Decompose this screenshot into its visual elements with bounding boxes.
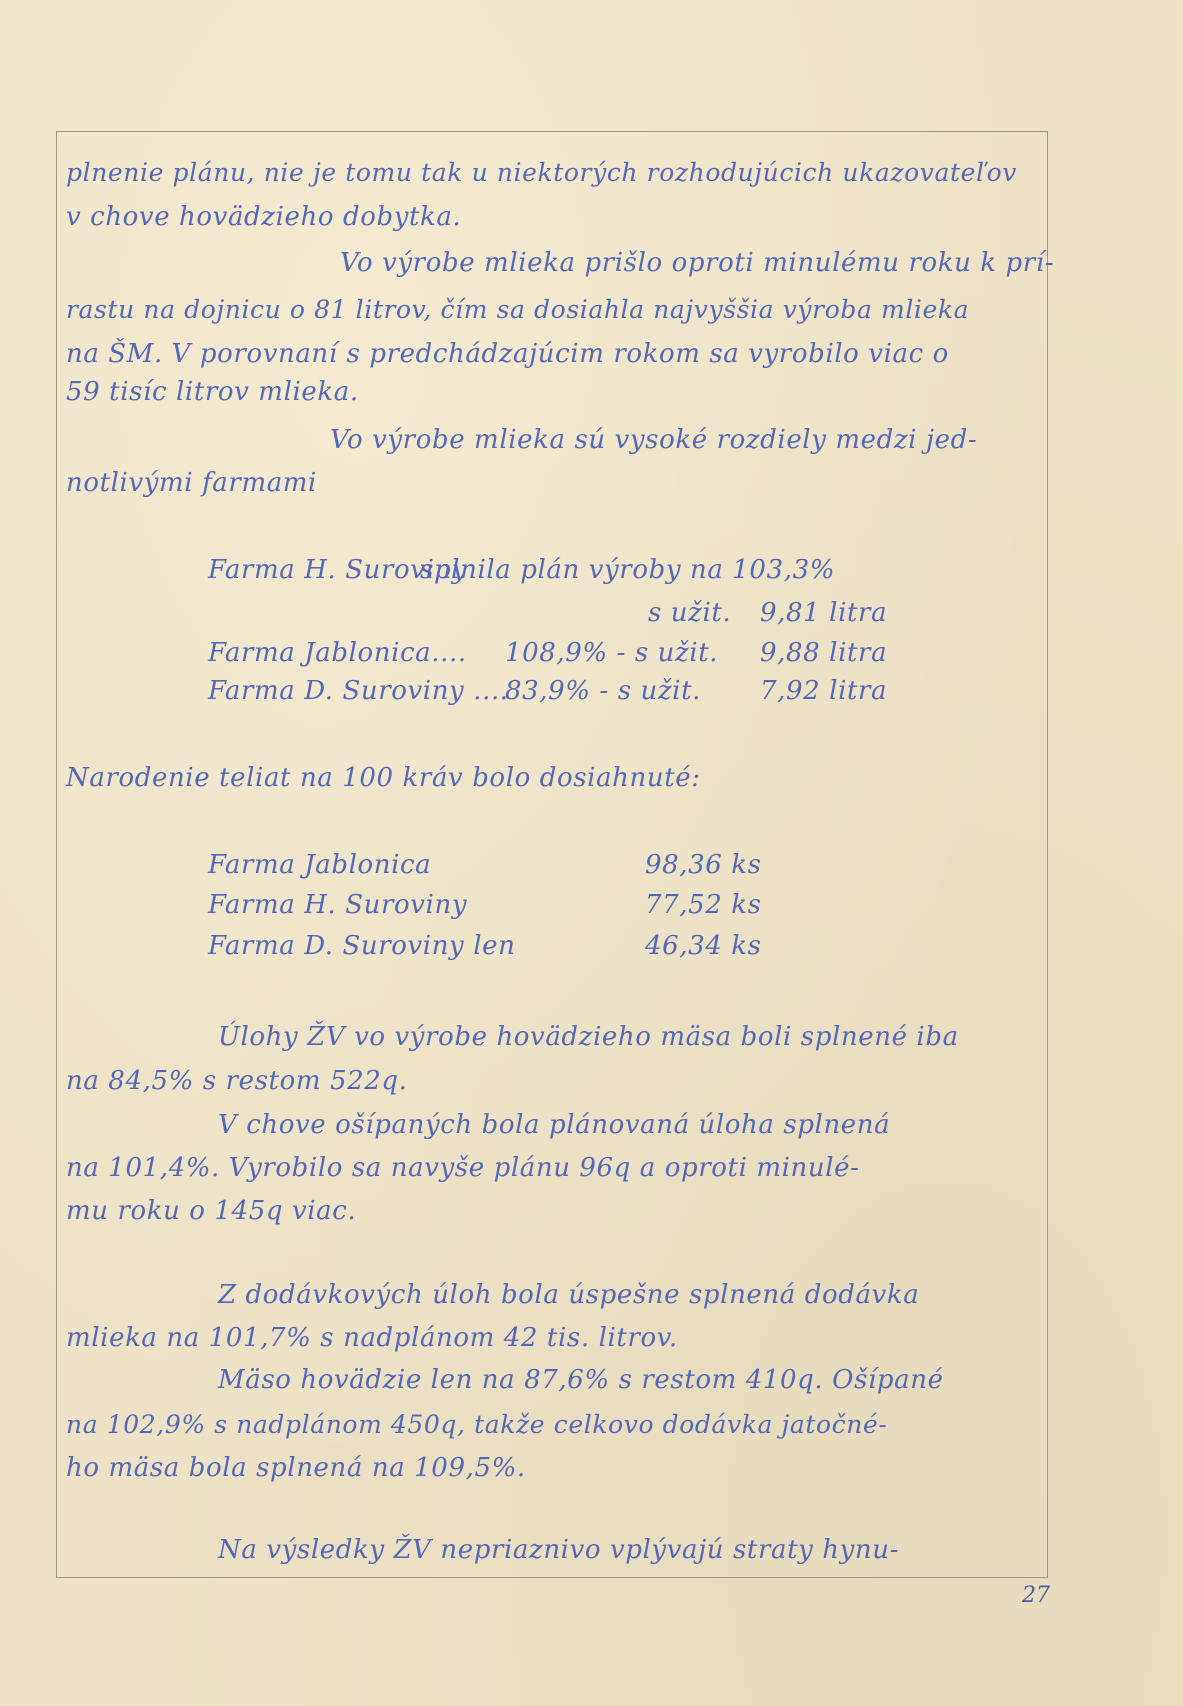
- scanned-page: plnenie plánu, nie je tomu tak u niektor…: [0, 0, 1183, 1706]
- row-percent: 83,9% - s užit.: [505, 678, 701, 704]
- text-line: mu roku o 145q viac.: [66, 1198, 356, 1224]
- text-line: Na výsledky ŽV nepriaznivo vplývajú stra…: [218, 1537, 899, 1563]
- text-line: rastu na dojnicu o 81 litrov, čím sa dos…: [66, 297, 969, 322]
- text-line: ho mäsa bola splnená na 109,5%.: [66, 1455, 526, 1481]
- text-line: na 101,4%. Vyrobilo sa navyše plánu 96q …: [66, 1155, 860, 1181]
- row-value: 9,88 litra: [760, 640, 887, 666]
- text-line: na 84,5% s restom 522q.: [66, 1068, 408, 1094]
- row-sub: s užit.: [648, 600, 731, 626]
- row-percent: 108,9% - s užit.: [505, 640, 718, 666]
- row-value: 46,34 ks: [645, 933, 762, 959]
- text-line: plnenie plánu, nie je tomu tak u niektor…: [66, 160, 1017, 185]
- row-value: 7,92 litra: [760, 678, 887, 704]
- text-line: Narodenie teliat na 100 kráv bolo dosiah…: [66, 765, 701, 791]
- text-line: Vo výrobe mlieka sú vysoké rozdiely medz…: [330, 427, 977, 453]
- text-line: na ŠM. V porovnaní s predchádzajúcim rok…: [66, 341, 949, 367]
- farm-name: Farma D. Suroviny ....: [208, 678, 509, 704]
- page-number: 27: [1022, 1583, 1050, 1608]
- row-value: 98,36 ks: [645, 852, 762, 878]
- text-line: mlieka na 101,7% s nadplánom 42 tis. lit…: [66, 1325, 678, 1351]
- farm-name: Farma Jablonica: [208, 852, 431, 878]
- text-line: na 102,9% s nadplánom 450q, takže celkov…: [66, 1412, 887, 1437]
- row-value: 9,81 litra: [760, 600, 887, 626]
- farm-name: Farma Jablonica....: [208, 640, 467, 666]
- text-line: v chove hovädzieho dobytka.: [66, 204, 461, 230]
- text-line: Z dodávkových úloh bola úspešne splnená …: [218, 1282, 919, 1308]
- text-line: Úlohy ŽV vo výrobe hovädzieho mäsa boli …: [218, 1024, 959, 1050]
- text-line: V chove ošípaných bola plánovaná úloha s…: [218, 1112, 890, 1138]
- text-line: Mäso hovädzie len na 87,6% s restom 410q…: [218, 1367, 944, 1393]
- text-line: Vo výrobe mlieka prišlo oproti minulému …: [340, 250, 1054, 276]
- text-line: notlivými farmami: [66, 470, 317, 496]
- text-line: 59 tisíc litrov mlieka.: [66, 379, 359, 405]
- row-value: 77,52 ks: [645, 892, 762, 918]
- row-text: splnila plán výroby na 103,3%: [420, 557, 835, 583]
- farm-name: Farma D. Suroviny len: [208, 933, 515, 959]
- farm-name: Farma H. Suroviny: [208, 892, 467, 918]
